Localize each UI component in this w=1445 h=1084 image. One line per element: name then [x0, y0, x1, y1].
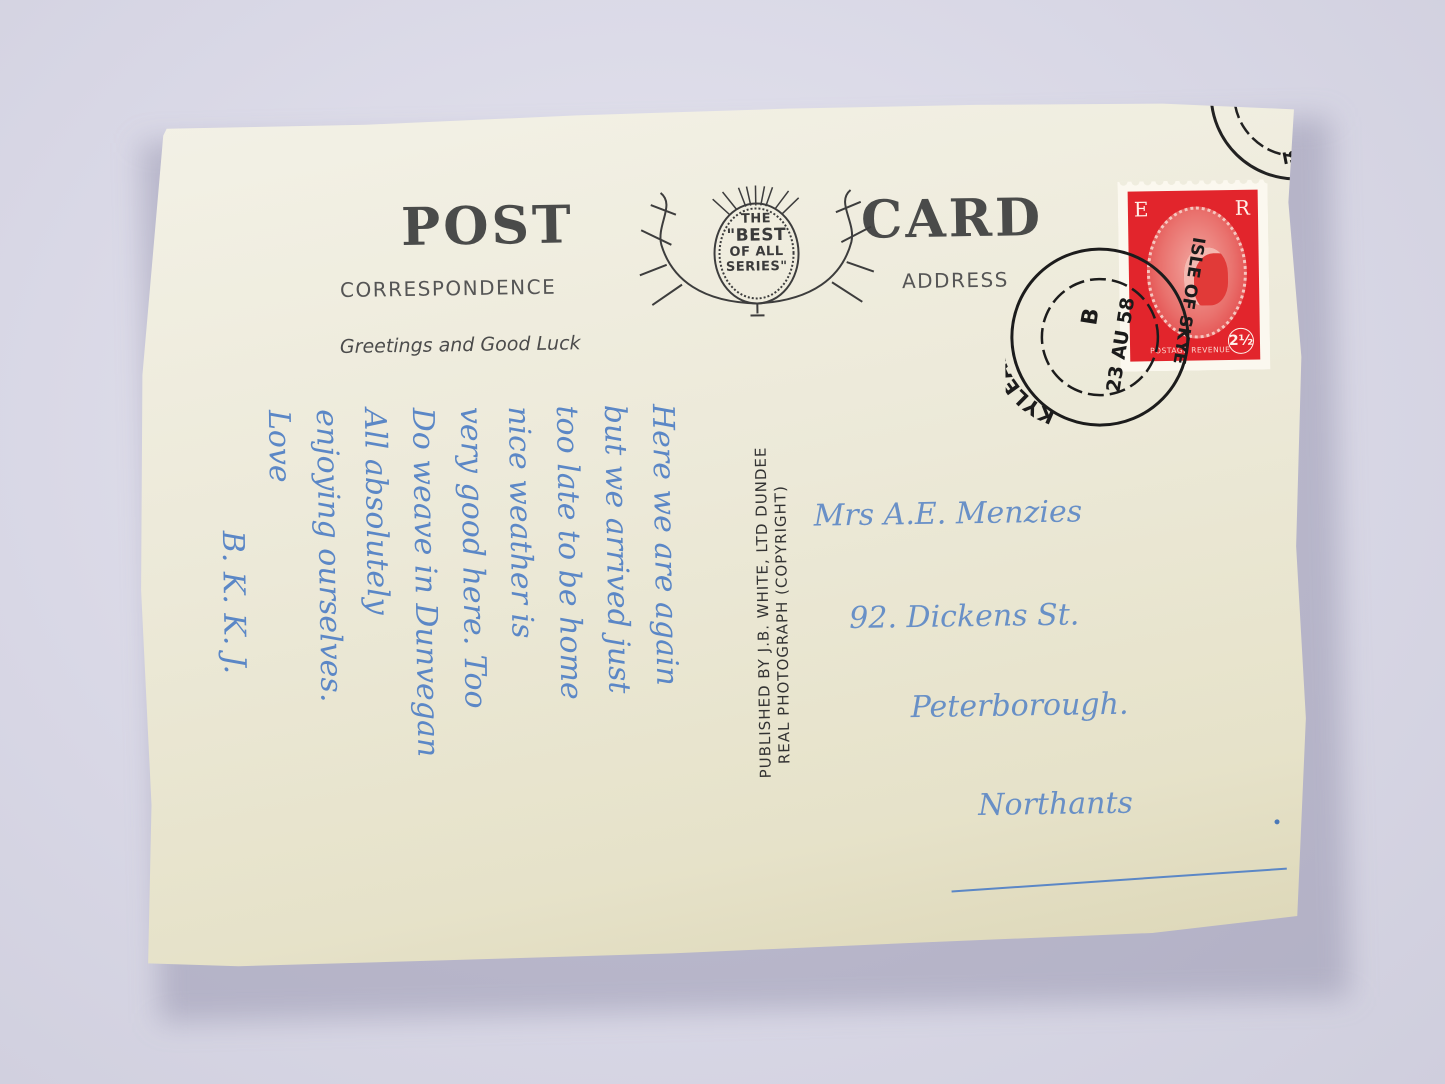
postcard: POST CARD CORRESPONDENCE ADDRESS Greetin… — [131, 99, 1316, 977]
message-signature: B. K. K. J. — [206, 410, 263, 991]
postmark-kyleakin: KYLEAKIN B 23 AU 58 ISLE OF SKYE — [1003, 241, 1196, 434]
thistle-emblem-icon: THE "BEST OF ALL SERIES" — [630, 181, 882, 319]
stamp-value: 2½ — [1228, 328, 1254, 354]
emblem-text: THE "BEST OF ALL SERIES" — [631, 209, 882, 276]
message-line: too late to be home — [542, 405, 599, 986]
address-underline — [952, 868, 1287, 893]
publisher-imprint: PUBLISHED BY J.B. WHITE, LTD DUNDEE REAL… — [747, 357, 798, 778]
postcard-title-card: CARD — [861, 187, 1044, 251]
handwritten-message: Here we are again but we arrived just to… — [195, 343, 724, 941]
postcard-title-post: POST — [401, 194, 575, 258]
address-dot — [1274, 819, 1279, 824]
address-line-city: Peterborough. — [910, 687, 1128, 725]
address-line-name: Mrs A.E. Menzies — [813, 494, 1082, 533]
correspondence-label: CORRESPONDENCE — [340, 275, 557, 302]
address-label: ADDRESS — [902, 267, 1009, 293]
message-line: but we arrived just — [590, 404, 647, 985]
message-line: Do weave in Dunvegan — [398, 407, 455, 988]
address-line-county: Northants — [978, 786, 1133, 823]
message-line: Here we are again — [638, 404, 695, 985]
message-line: All absolutely — [350, 408, 407, 989]
stamp-letter-e: E — [1134, 197, 1149, 221]
message-line: nice weather is — [494, 406, 551, 987]
stamp-letter-r: R — [1235, 196, 1250, 220]
message-line: enjoying ourselves. — [302, 409, 359, 990]
message-line: very good here. Too — [446, 407, 503, 988]
address-line-street: 92. Dickens St. — [849, 597, 1080, 636]
